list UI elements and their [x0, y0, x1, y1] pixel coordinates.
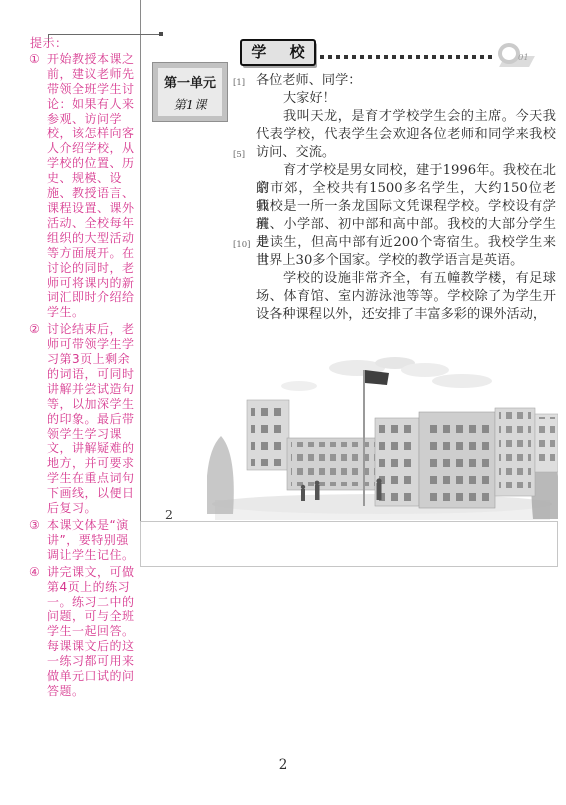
note-number: ② [29, 322, 40, 337]
teacher-margin-notes: 提示： ①开始教授本课之前，建议老师先带领全班学生讨论：如果有人来参观、访问学校… [20, 36, 141, 701]
line-number-marker: [10] [233, 236, 250, 254]
textbook-page: 提示： ①开始教授本课之前，建议老师先带领全班学生讨论：如果有人来参观、访问学校… [0, 0, 566, 805]
page-number: 2 [0, 757, 566, 773]
tree-left [207, 436, 234, 514]
body-line: 我叫天龙，是育才学校学生会的主席。今天我 [256, 108, 556, 126]
body-line: 代表学校，代表学生会欢迎各位老师和同学来我校 [256, 126, 556, 144]
body-line: [1]各位老师、同学： [256, 72, 556, 90]
body-line: 班、小学部、初中部和高中部。我校的大部分学生是 [256, 216, 556, 234]
unit-tab: 第一单元 第1课 [152, 62, 228, 122]
margin-notes-heading: 提示： [30, 36, 141, 51]
cd-disc [498, 43, 520, 64]
body-line: 我校是一所一条龙国际文凭课程学校。学校设有学前 [256, 198, 556, 216]
margin-note-item: ①开始教授本课之前，建议老师先带领全班学生讨论：如果有人来参观、访问学校，该怎样… [20, 52, 141, 320]
body-line: 世界上30多个国家。学校的教学语言是英语。 [256, 252, 556, 270]
body-line: 设各种课程以外，还安排了丰富多彩的课外活动， [256, 306, 556, 324]
empty-text-frame [140, 521, 558, 567]
body-line: 大家好！ [256, 90, 556, 108]
lesson-number: 第1课 [153, 95, 227, 113]
lesson-title: 学 校 [240, 39, 316, 66]
body-line: [5]访问、交流。 [256, 144, 556, 162]
body-line: 的市郊，全校共有1500多名学生，大约150位老师。 [256, 180, 556, 198]
note-text: 讲完课文，可做第4页上的练习一。练习二中的问题，可与全班学生一起回答。每课课文后… [47, 565, 135, 698]
unit-name: 第一单元 [153, 72, 227, 91]
body-line-text: 学校的设施非常齐全，有五幢教学楼，有足球 [283, 271, 556, 286]
note-text: 讨论结束后，老师可带领学生学习第3页上剩余的词语，可同时讲解并尝试造句等，以加深… [47, 322, 135, 515]
body-line-text: 设各种课程以外，还安排了丰富多彩的课外活动， [256, 307, 546, 322]
body-line-text: 代表学校，代表学生会欢迎各位老师和同学来我校 [256, 127, 556, 142]
flagpole [363, 370, 365, 506]
cd-icon: 01 [498, 43, 534, 71]
note-number: ③ [29, 518, 40, 533]
body-line: 场、体育馆、室内游泳池等等。学校除了为学生开 [256, 288, 556, 306]
audio-track-number: 01 [518, 53, 529, 63]
line-number-marker: [5] [233, 146, 245, 164]
body-line-text: 访问、交流。 [256, 145, 335, 160]
margin-note-item: ④讲完课文，可做第4页上的练习一。练习二中的问题，可与全班学生一起回答。每课课文… [20, 565, 141, 699]
note-text: 本课文体是“演讲”，要特别强调让学生记住。 [47, 518, 135, 562]
note-text: 开始教授本课之前，建议老师先带领全班学生讨论：如果有人来参观、访问学校，该怎样向… [47, 52, 135, 319]
note-number: ① [29, 52, 40, 67]
annotation-leader-dot [159, 32, 163, 36]
school-illustration [207, 354, 558, 524]
body-line-text: 场、体育馆、室内游泳池等等。学校除了为学生开 [256, 289, 556, 304]
dashed-rule [320, 55, 496, 59]
body-line-text: 各位老师、同学： [256, 73, 362, 88]
flag [365, 370, 389, 385]
annotation-leader-line [48, 34, 161, 35]
body-line-text: 大家好！ [283, 91, 336, 106]
margin-note-item: ③本课文体是“演讲”，要特别强调让学生记住。 [20, 518, 141, 563]
school-buildings [247, 400, 558, 508]
body-line-text: 世界上30多个国家。学校的教学语言是英语。 [256, 253, 523, 268]
body-line: 育才学校是男女同校，建于1996年。我校在北京 [256, 162, 556, 180]
line-number-marker: [1] [233, 74, 245, 92]
note-number: ④ [29, 565, 40, 580]
body-line: [10]走读生，但高中部有近200个寄宿生。我校学生来自 [256, 234, 556, 252]
lesson-body-text: [1]各位老师、同学：大家好！我叫天龙，是育才学校学生会的主席。今天我代表学校，… [256, 72, 556, 324]
body-line: 学校的设施非常齐全，有五幢教学楼，有足球 [256, 270, 556, 288]
margin-page-reference: 2 [165, 507, 173, 522]
body-line-text: 我叫天龙，是育才学校学生会的主席。今天我 [283, 109, 556, 124]
margin-note-item: ②讨论结束后，老师可带领学生学习第3页上剩余的词语，可同时讲解并尝试造句等，以加… [20, 322, 141, 516]
margin-notes-list: ①开始教授本课之前，建议老师先带领全班学生讨论：如果有人来参观、访问学校，该怎样… [20, 52, 141, 699]
